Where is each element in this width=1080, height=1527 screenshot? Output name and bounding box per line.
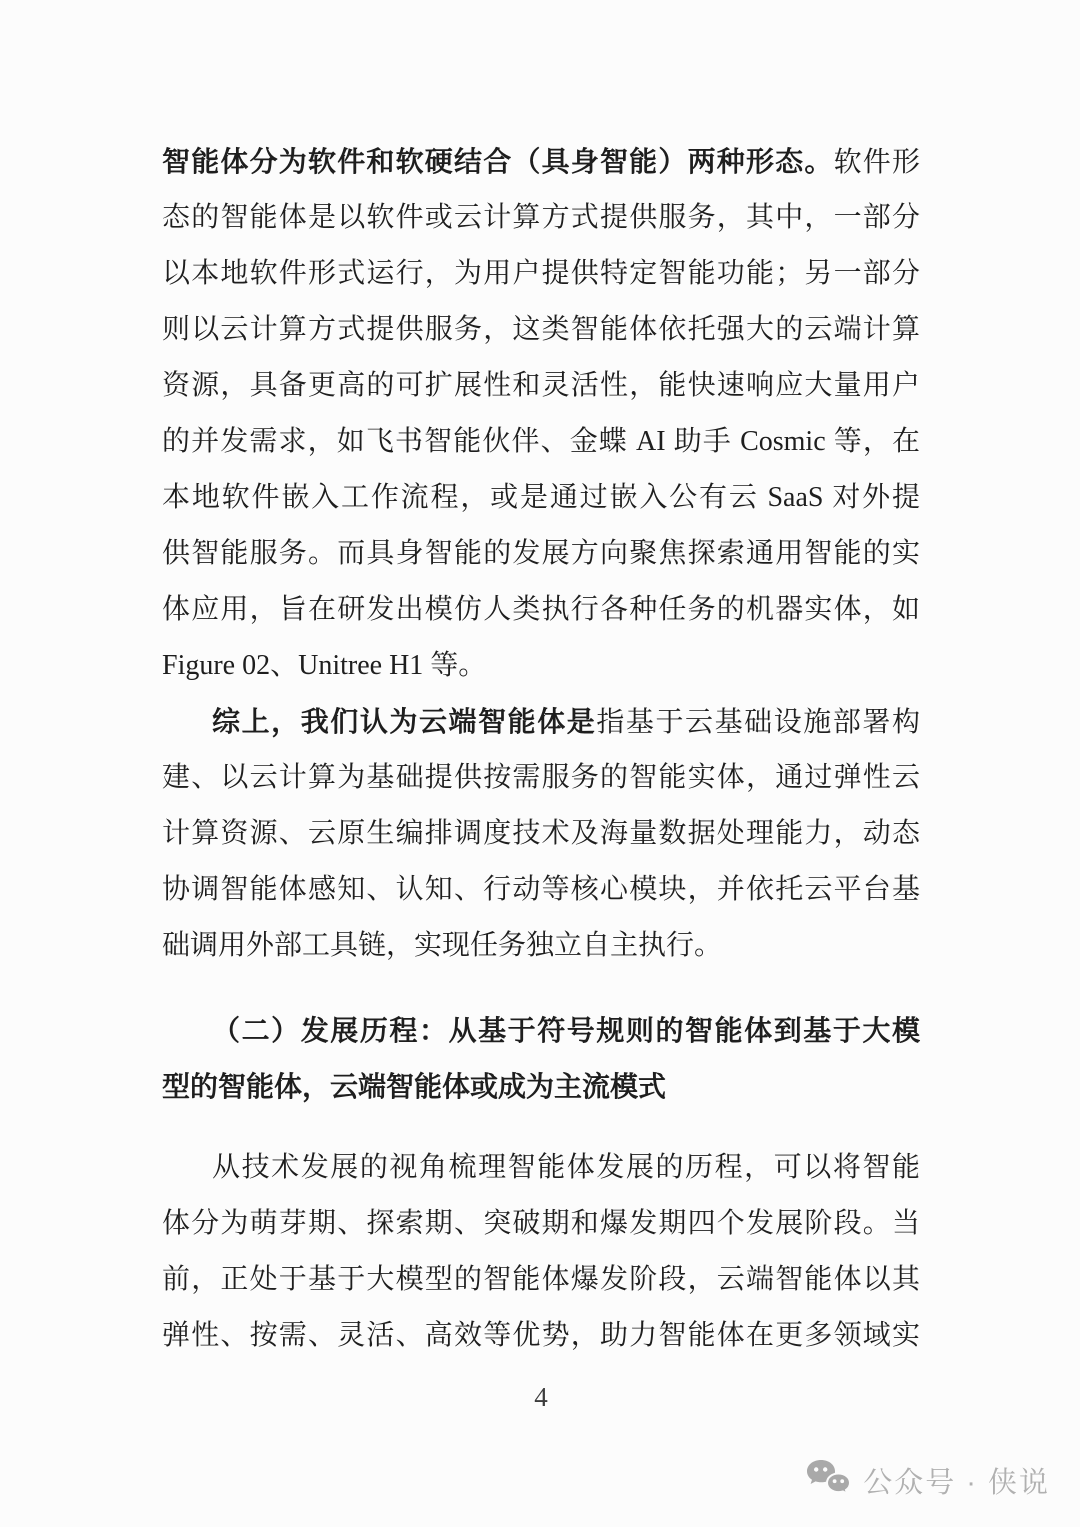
text-line: 供智能服务。而具身智能的发展方向聚焦探索通用智能的实: [162, 526, 920, 582]
text-line: 前，正处于基于大模型的智能体爆发阶段，云端智能体以其: [162, 1252, 920, 1308]
text-line: Figure 02、Unitree H1 等。: [162, 638, 920, 694]
text-segment: 型的智能体，云端智能体或成为主流模式: [162, 1072, 666, 1103]
text-line: 则以云计算方式提供服务，这类智能体依托强大的云端计算: [162, 302, 920, 358]
text-segment: 指基于云基础设施部署构: [596, 707, 920, 738]
text-segment: 计算资源、云原生编排调度技术及海量数据处理能力，动态: [162, 818, 920, 849]
text-segment: 建、以云计算为基础提供按需服务的智能实体，通过弹性云: [162, 762, 920, 793]
text-segment: 弹性、按需、灵活、高效等优势，助力智能体在更多领域实: [162, 1320, 920, 1351]
text-line: 综上，我们认为云端智能体是指基于云基础设施部署构: [162, 694, 920, 750]
footer-watermark: 公众号 · 侠说: [805, 1458, 1050, 1502]
text-line: 体应用，旨在研发出模仿人类执行各种任务的机器实体，如: [162, 582, 920, 638]
text-line: 协调智能体感知、认知、行动等核心模块，并依托云平台基: [162, 862, 920, 918]
text-line: 型的智能体，云端智能体或成为主流模式: [162, 1060, 920, 1116]
text-segment: 础调用外部工具链，实现任务独立自主执行。: [162, 930, 722, 961]
text-segment: 从技术发展的视角梳理智能体发展的历程，可以将智能: [212, 1152, 920, 1183]
text-segment: 前，正处于基于大模型的智能体爆发阶段，云端智能体以其: [162, 1264, 920, 1295]
text-segment: 体应用，旨在研发出模仿人类执行各种任务的机器实体，如: [162, 594, 920, 625]
text-segment-bold: 智能体分为软件和软硬结合（具身智能）两种形态。: [162, 146, 834, 177]
text-segment: 体分为萌芽期、探索期、突破期和爆发期四个发展阶段。当: [162, 1208, 920, 1239]
text-segment: 则以云计算方式提供服务，这类智能体依托强大的云端计算: [162, 314, 920, 345]
text-line: 的并发需求，如飞书智能伙伴、金蝶 AI 助手 Cosmic 等，在: [162, 414, 920, 470]
text-segment: 协调智能体感知、认知、行动等核心模块，并依托云平台基: [162, 874, 920, 905]
text-segment-bold: 综上，我们认为云端智能体是: [212, 706, 596, 737]
wechat-icon: [805, 1458, 853, 1502]
text-line: 弹性、按需、灵活、高效等优势，助力智能体在更多领域实: [162, 1308, 920, 1364]
text-segment: （二）发展历程：从基于符号规则的智能体到基于大模: [212, 1016, 920, 1047]
watermark-label: 公众号 · 侠说: [863, 1460, 1050, 1501]
text-line: 以本地软件形式运行，为用户提供特定智能功能；另一部分: [162, 246, 920, 302]
text-line: 从技术发展的视角梳理智能体发展的历程，可以将智能: [162, 1140, 920, 1196]
text-segment: 软件形: [834, 147, 920, 178]
text-line: 建、以云计算为基础提供按需服务的智能实体，通过弹性云: [162, 750, 920, 806]
text-line: 础调用外部工具链，实现任务独立自主执行。: [162, 918, 920, 974]
text-segment: 态的智能体是以软件或云计算方式提供服务，其中，一部分: [162, 202, 920, 233]
text-line: 态的智能体是以软件或云计算方式提供服务，其中，一部分: [162, 190, 920, 246]
text-segment: 资源，具备更高的可扩展性和灵活性，能快速响应大量用户: [162, 370, 920, 401]
text-line: 体分为萌芽期、探索期、突破期和爆发期四个发展阶段。当: [162, 1196, 920, 1252]
text-segment: 供智能服务。而具身智能的发展方向聚焦探索通用智能的实: [162, 538, 920, 569]
text-segment: 以本地软件形式运行，为用户提供特定智能功能；另一部分: [162, 258, 920, 289]
text-block: 智能体分为软件和软硬结合（具身智能）两种形态。软件形态的智能体是以软件或云计算方…: [162, 134, 920, 1364]
text-line: （二）发展历程：从基于符号规则的智能体到基于大模: [162, 1004, 920, 1060]
text-segment: 本地软件嵌入工作流程，或是通过嵌入公有云 SaaS 对外提: [162, 482, 920, 513]
text-line: 本地软件嵌入工作流程，或是通过嵌入公有云 SaaS 对外提: [162, 470, 920, 526]
text-segment: Figure 02、Unitree H1 等。: [162, 650, 486, 681]
page-number: 4: [162, 1382, 920, 1413]
text-line: 资源，具备更高的可扩展性和灵活性，能快速响应大量用户: [162, 358, 920, 414]
text-line: 计算资源、云原生编排调度技术及海量数据处理能力，动态: [162, 806, 920, 862]
text-line: 智能体分为软件和软硬结合（具身智能）两种形态。软件形: [162, 134, 920, 190]
document-page: 智能体分为软件和软硬结合（具身智能）两种形态。软件形态的智能体是以软件或云计算方…: [0, 0, 1080, 1527]
text-segment: 的并发需求，如飞书智能伙伴、金蝶 AI 助手 Cosmic 等，在: [162, 426, 920, 457]
